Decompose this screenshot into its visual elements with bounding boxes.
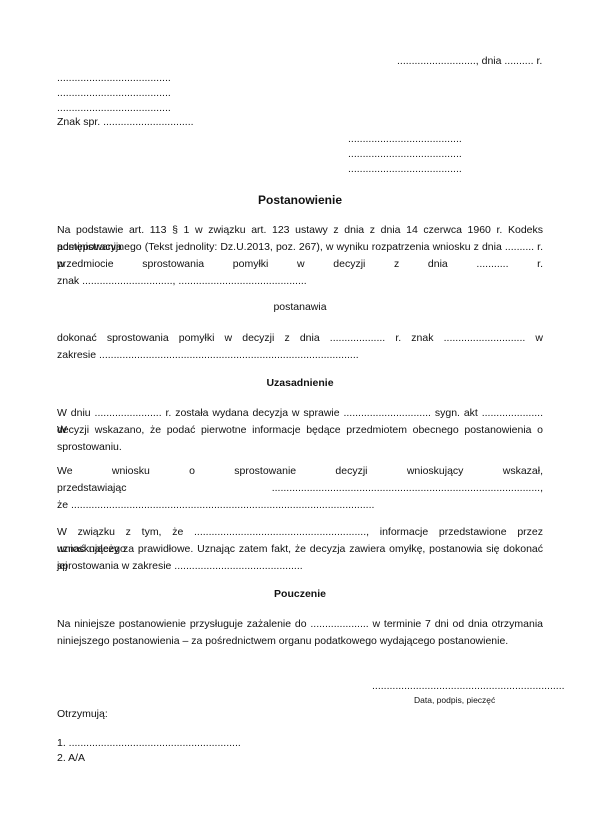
decision-line-1: dokonać sprostowania pomyłki w decyzji z… (57, 330, 543, 347)
addressee-line-2: ....................................... (348, 148, 462, 161)
intro-line-3: przedmiocie sprostowania pomyłki w decyz… (57, 256, 543, 273)
decision-paragraph: dokonać sprostowania pomyłki w decyzji z… (57, 330, 543, 364)
intro-paragraph: Na podstawie art. 113 § 1 w związku art.… (57, 222, 543, 290)
justification-p3-line-2: uznać należy za prawidłowe. Uznając zate… (57, 541, 543, 558)
instruction-line-2: niniejszego postanowienia – za pośrednic… (57, 633, 543, 650)
justification-p1-line-3: sprostowaniu. (57, 439, 543, 456)
addressee-line-3: ....................................... (348, 163, 462, 176)
instruction-line-1: Na niniejsze postanowienie przysługuje z… (57, 616, 543, 633)
justification-paragraph-3: W związku z tym, że ....................… (57, 524, 543, 575)
addressee-line-1: ....................................... (348, 133, 462, 146)
intro-line-4: znak ..............................., ..… (57, 273, 543, 290)
document-title: Postanowienie (0, 193, 600, 207)
recipient-item-2: 2. A/A (57, 752, 85, 765)
justification-p2-line-2: przedstawiając .........................… (57, 480, 543, 497)
instruction-heading: Pouczenie (0, 588, 600, 600)
signature-line: ........................................… (372, 680, 565, 693)
sender-line-3: ....................................... (57, 102, 171, 115)
justification-p1-line-1: W dniu ....................... r. został… (57, 405, 543, 422)
decides-heading: postanawia (0, 301, 600, 313)
justification-p1-line-2: decyzji wskazano, że podać pierwotne inf… (57, 422, 543, 439)
justification-p2-line-3: że .....................................… (57, 497, 543, 514)
case-reference: Znak spr. ..............................… (57, 116, 194, 129)
justification-p3-line-3: sprostowania w zakresie ................… (57, 558, 543, 575)
justification-paragraph-1: W dniu ....................... r. został… (57, 405, 543, 456)
recipient-item-1: 1. .....................................… (57, 737, 241, 750)
sender-line-2: ....................................... (57, 87, 171, 100)
intro-line-1: Na podstawie art. 113 § 1 w związku art.… (57, 222, 543, 239)
sender-line-1: ....................................... (57, 72, 171, 85)
signature-caption: Data, podpis, pieczęć (414, 694, 495, 707)
justification-paragraph-2: We wniosku o sprostowanie decyzji wniosk… (57, 463, 543, 514)
justification-p3-line-1: W związku z tym, że ....................… (57, 524, 543, 541)
instruction-paragraph: Na niniejsze postanowienie przysługuje z… (57, 616, 543, 650)
place-date-line: ..........................., dnia ......… (397, 55, 542, 68)
justification-heading: Uzasadnienie (0, 377, 600, 389)
intro-line-2: administracyjnego (Tekst jednolity: Dz.U… (57, 239, 543, 256)
recipients-label: Otrzymują: (57, 708, 108, 721)
decision-line-2: zakresie ...............................… (57, 347, 543, 364)
justification-p2-line-1: We wniosku o sprostowanie decyzji wniosk… (57, 463, 543, 480)
